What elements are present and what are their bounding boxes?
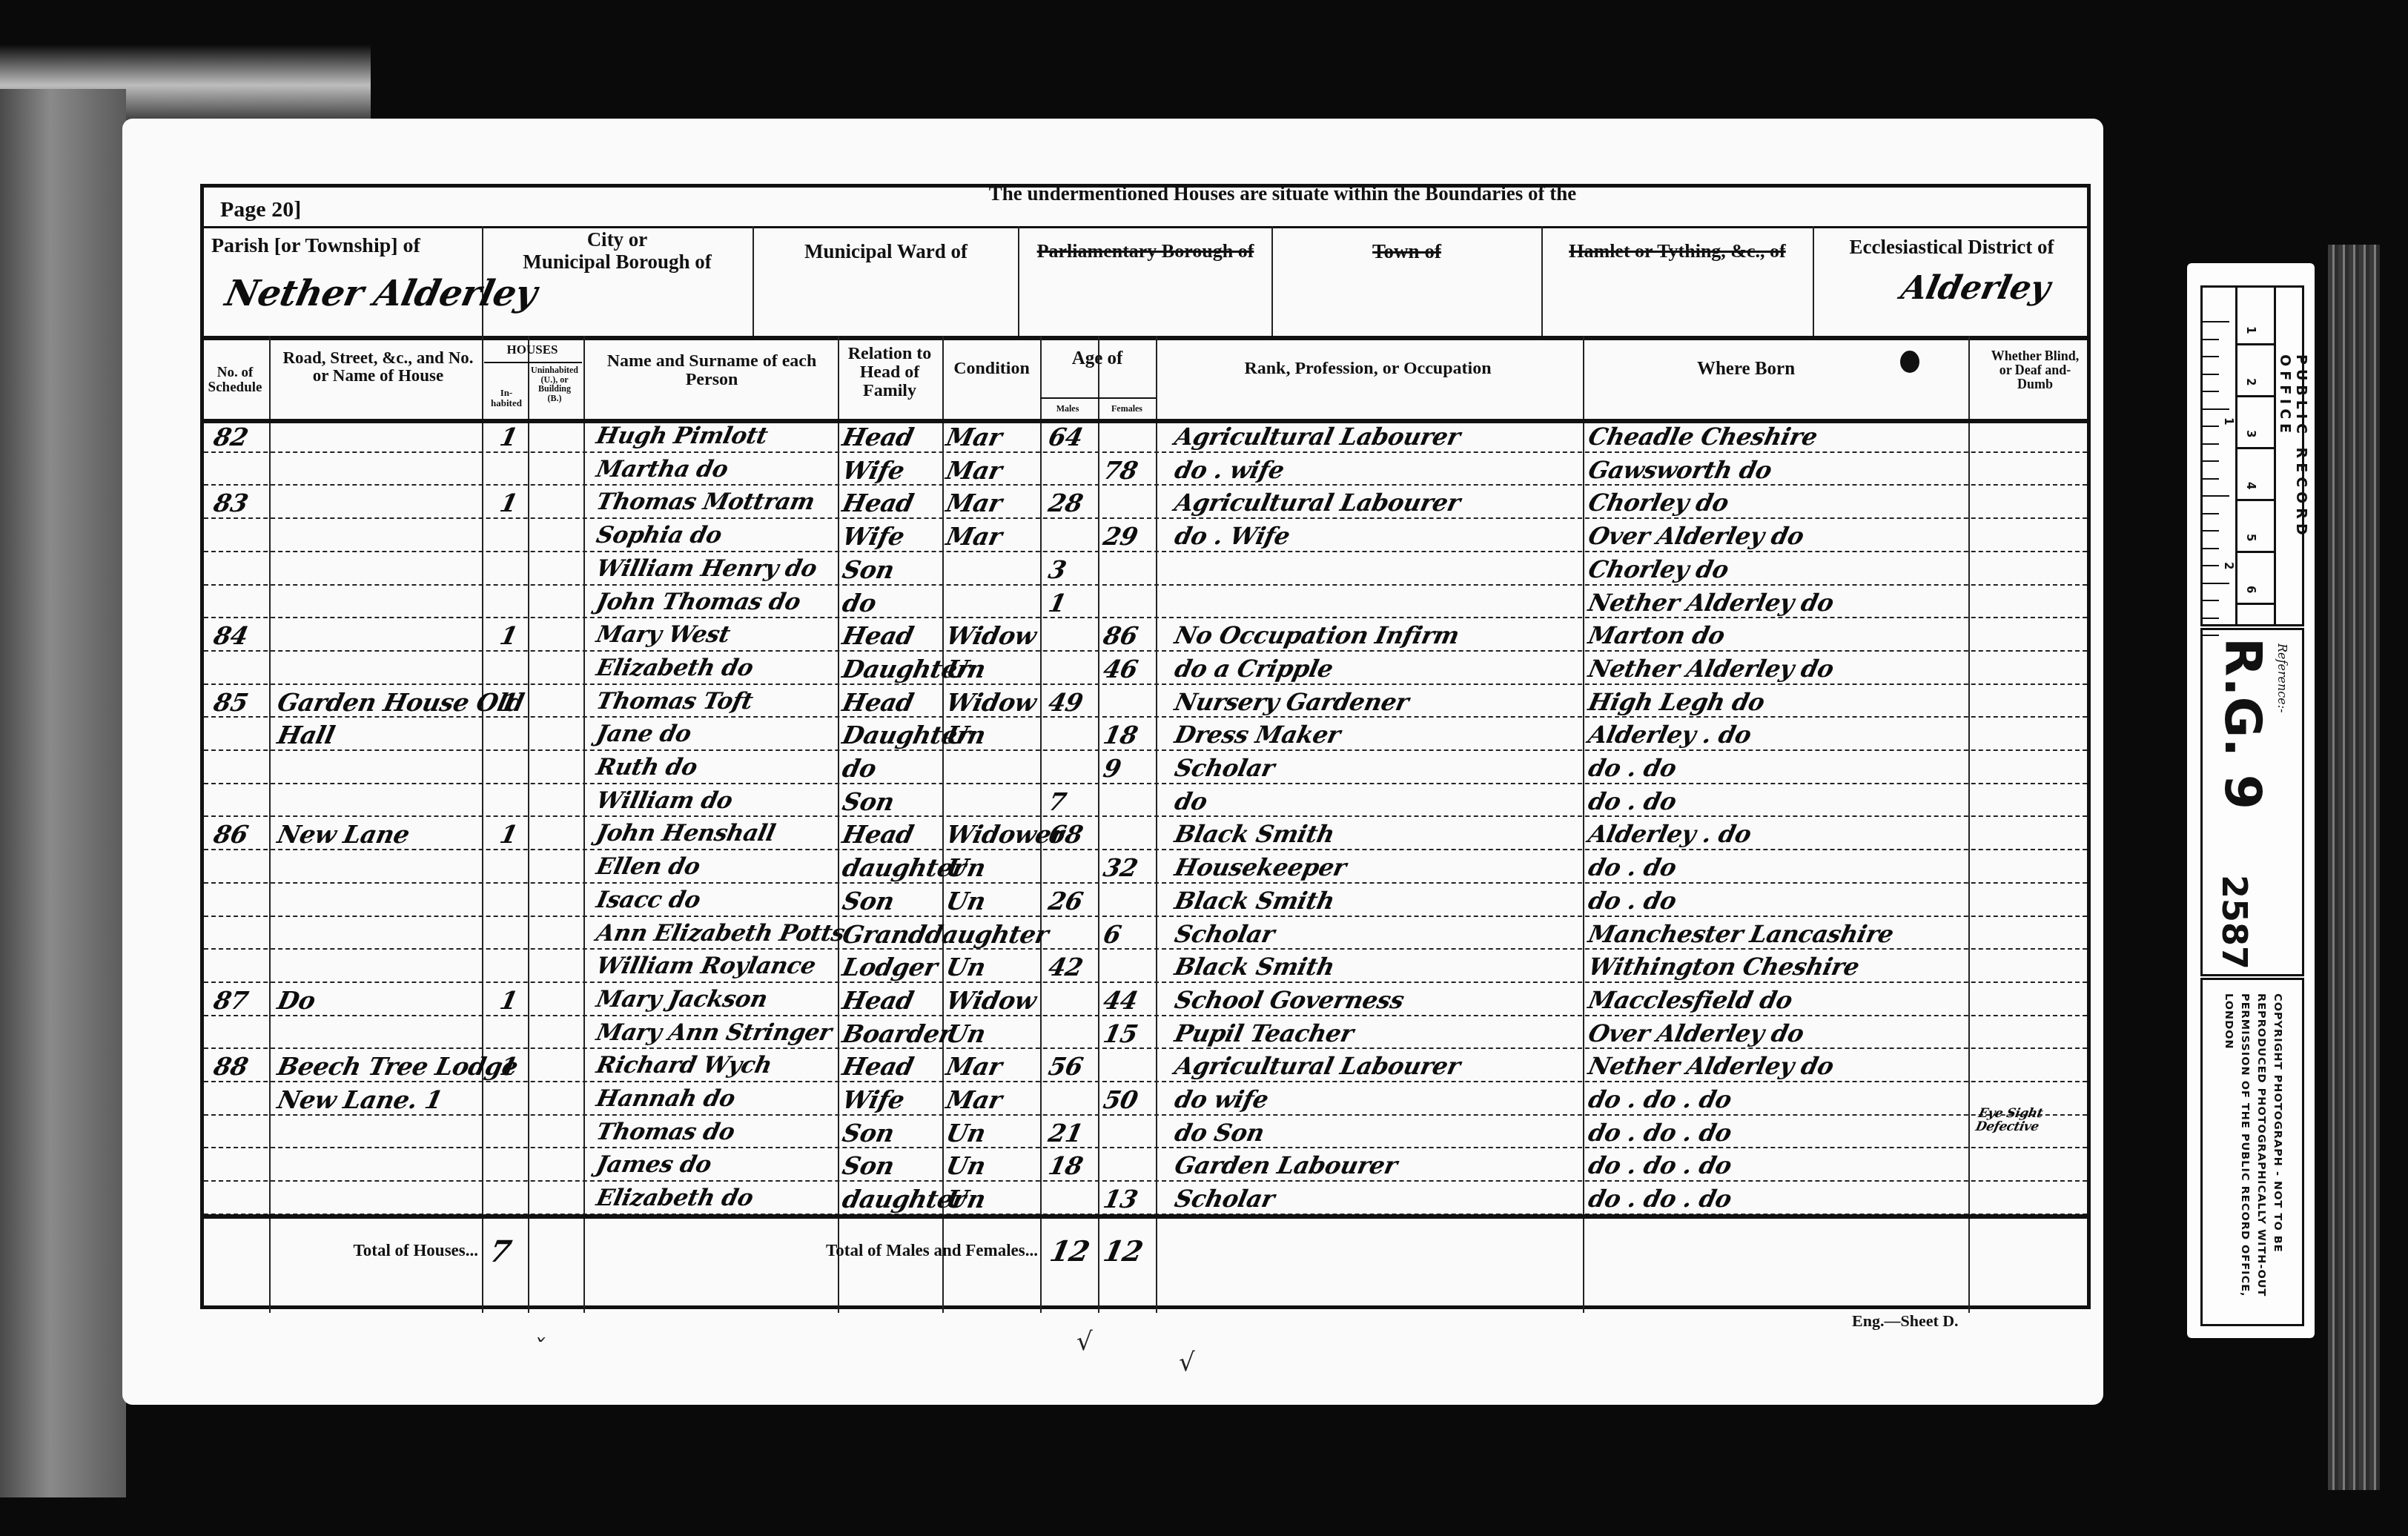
birthplace: Over Alderley do bbox=[1586, 1019, 1806, 1047]
person-name: Martha do bbox=[594, 456, 730, 483]
ruler-box bbox=[2235, 447, 2274, 449]
birthplace: do . do . do bbox=[1586, 1085, 1734, 1113]
relation: Lodger bbox=[840, 953, 940, 981]
total-females-value: 12 bbox=[1100, 1234, 1145, 1268]
relation: Wife bbox=[840, 522, 907, 551]
female-age: 46 bbox=[1101, 655, 1140, 683]
infirmity: Eye Sight Defective bbox=[1974, 1107, 2077, 1133]
female-age: 86 bbox=[1101, 621, 1140, 650]
male-age: 42 bbox=[1046, 953, 1085, 981]
column-divider bbox=[482, 336, 483, 1313]
male-age: 26 bbox=[1046, 887, 1085, 916]
ruler-cm-label: 5 bbox=[2244, 534, 2257, 541]
road-name: Garden House Old bbox=[275, 688, 526, 717]
check-mark: √ bbox=[1076, 1327, 1093, 1357]
occupation: Pupil Teacher bbox=[1172, 1019, 1356, 1047]
relation: Head bbox=[840, 423, 916, 451]
ruler-box bbox=[2235, 603, 2274, 605]
relation: Head bbox=[840, 1052, 916, 1081]
column-divider bbox=[1583, 336, 1584, 1313]
schedule-number: 85 bbox=[211, 688, 251, 717]
ruler-tick bbox=[2203, 548, 2219, 549]
condition: Widow bbox=[944, 986, 1039, 1015]
ruler-tick bbox=[2203, 600, 2219, 601]
condition: Mar bbox=[944, 1052, 1005, 1081]
person-name: Ellen do bbox=[594, 853, 702, 880]
birthplace: Cheadle Cheshire bbox=[1586, 423, 1820, 451]
schedule-number: 84 bbox=[211, 621, 251, 650]
column-divider bbox=[1156, 336, 1157, 1313]
birthplace: do . do . do bbox=[1586, 1185, 1734, 1213]
condition: Un bbox=[944, 887, 988, 916]
col-schedule: No. of Schedule bbox=[205, 365, 265, 395]
ruler-tick bbox=[2203, 618, 2219, 619]
person-name: Thomas Mottram bbox=[594, 489, 817, 515]
person-name: William Henry do bbox=[594, 555, 819, 582]
birthplace: Chorley do bbox=[1586, 489, 1731, 517]
person-name: Mary Jackson bbox=[594, 986, 770, 1013]
copyright-notice: COPYRIGHT PHOTOGRAPH - NOT TO BE REPRODU… bbox=[2220, 993, 2286, 1305]
row-rule bbox=[204, 683, 2087, 685]
reference-box: Reference:- R.G. 9 2587 bbox=[2200, 628, 2304, 976]
female-age: 32 bbox=[1101, 853, 1140, 882]
ruler-box bbox=[2235, 343, 2274, 345]
ruler-cm-label: 6 bbox=[2244, 586, 2257, 593]
person-name: Richard Wych bbox=[594, 1052, 774, 1079]
census-form: Page 20] The undermentioned Houses are s… bbox=[200, 184, 2091, 1309]
birthplace: do . do . do bbox=[1586, 1119, 1734, 1147]
occupation: Black Smith bbox=[1172, 887, 1337, 915]
birthplace: Macclesfield do bbox=[1586, 986, 1795, 1014]
person-name: Thomas do bbox=[594, 1119, 737, 1145]
ruler-inch-label: 1 bbox=[2222, 417, 2235, 425]
female-age: 44 bbox=[1101, 986, 1140, 1015]
row-rule bbox=[204, 916, 2087, 917]
condition: Un bbox=[944, 1151, 988, 1180]
col-road: Road, Street, &c., and No. or Name of Ho… bbox=[274, 349, 482, 385]
col-blind: Whether Blind, or Deaf and-Dumb bbox=[1983, 349, 2087, 391]
relation: do bbox=[840, 589, 879, 618]
condition: Un bbox=[944, 953, 988, 981]
relation: Son bbox=[840, 1119, 897, 1148]
hamlet-label: Hamlet or Tything, &c., of bbox=[1546, 241, 1809, 261]
sheet-label: Eng.—Sheet D. bbox=[1852, 1312, 1959, 1329]
condition: Mar bbox=[944, 1085, 1005, 1114]
occupation: Garden Labourer bbox=[1172, 1151, 1400, 1179]
ruler-tick bbox=[2203, 478, 2219, 480]
relation: Head bbox=[840, 820, 916, 849]
occupation: Agricultural Labourer bbox=[1172, 1052, 1463, 1080]
male-age: 21 bbox=[1046, 1119, 1085, 1148]
page-label: Page 20] bbox=[220, 198, 301, 222]
inhabited-count: 1 bbox=[497, 489, 520, 517]
occupation: Dress Maker bbox=[1172, 721, 1343, 749]
scan-shadow-left bbox=[0, 89, 126, 1497]
divider bbox=[1040, 397, 1156, 399]
col-name: Name and Surname of each Person bbox=[589, 352, 834, 389]
road-name: Beech Tree Lodge bbox=[275, 1052, 520, 1081]
relation: do bbox=[840, 754, 879, 783]
birthplace: Withington Cheshire bbox=[1586, 953, 1862, 981]
row-rule bbox=[204, 517, 2087, 519]
ruler-tick bbox=[2203, 426, 2219, 427]
row-rule bbox=[204, 783, 2087, 784]
row-rule bbox=[204, 815, 2087, 817]
condition: Mar bbox=[944, 456, 1005, 485]
col-age: Age of bbox=[1042, 349, 1153, 368]
occupation: School Governess bbox=[1172, 986, 1406, 1014]
col-males: Males bbox=[1042, 404, 1094, 414]
person-name: Mary West bbox=[594, 621, 732, 648]
birthplace: High Legh do bbox=[1586, 688, 1767, 716]
relation: Son bbox=[840, 887, 897, 916]
relation: Son bbox=[840, 787, 897, 816]
row-rule bbox=[204, 948, 2087, 950]
schedule-number: 87 bbox=[211, 986, 251, 1015]
col-inhabited: In-habited bbox=[486, 388, 527, 408]
col-houses: HOUSES bbox=[484, 343, 580, 357]
birthplace: Manchester Lancashire bbox=[1586, 920, 1896, 948]
row-rule bbox=[204, 849, 2087, 850]
birthplace: Marton do bbox=[1586, 621, 1727, 649]
row-rule bbox=[204, 749, 2087, 751]
birthplace: Chorley do bbox=[1586, 555, 1731, 583]
male-age: 56 bbox=[1046, 1052, 1085, 1081]
ecclesiastical-value: Alderley bbox=[1898, 269, 2054, 307]
reference-card: PUBLIC RECORD OFFICE 12345612 Reference:… bbox=[2187, 263, 2315, 1338]
total-males-value: 12 bbox=[1047, 1234, 1092, 1268]
person-name: Hannah do bbox=[594, 1085, 737, 1112]
column-divider bbox=[528, 336, 529, 1313]
birthplace: Alderley . do bbox=[1586, 820, 1753, 848]
relation: Head bbox=[840, 986, 916, 1015]
birthplace: Nether Alderley do bbox=[1586, 1052, 1836, 1080]
divider bbox=[204, 1214, 2087, 1219]
ruler-tick bbox=[2203, 513, 2219, 514]
check-mark: ˇ bbox=[532, 1334, 545, 1364]
divider bbox=[204, 226, 2087, 228]
occupation: Nursery Gardener bbox=[1172, 688, 1412, 716]
condition: Un bbox=[944, 1019, 988, 1048]
occupation: do Son bbox=[1172, 1119, 1267, 1147]
ruler-tick bbox=[2203, 391, 2219, 392]
copyright-box: COPYRIGHT PHOTOGRAPH - NOT TO BE REPRODU… bbox=[2200, 978, 2304, 1326]
occupation: Black Smith bbox=[1172, 953, 1337, 981]
occupation: Scholar bbox=[1172, 920, 1277, 948]
relation: Head bbox=[840, 621, 916, 650]
row-rule bbox=[204, 1114, 2087, 1116]
column-divider bbox=[583, 336, 585, 1313]
divider bbox=[1541, 226, 1543, 337]
female-age: 78 bbox=[1101, 456, 1140, 485]
male-age: 64 bbox=[1046, 423, 1085, 451]
birthplace: Over Alderley do bbox=[1586, 522, 1806, 550]
schedule-number: 83 bbox=[211, 489, 251, 517]
occupation: Agricultural Labourer bbox=[1172, 423, 1463, 451]
divider bbox=[1813, 226, 1814, 337]
column-divider bbox=[269, 336, 271, 1313]
road-name: Hall bbox=[275, 721, 337, 749]
condition: Un bbox=[944, 655, 988, 683]
row-rule bbox=[204, 617, 2087, 618]
female-age: 13 bbox=[1101, 1185, 1140, 1214]
total-houses-label: Total of Houses... bbox=[300, 1242, 478, 1259]
occupation: do . Wife bbox=[1172, 522, 1292, 550]
piece-number: 2587 bbox=[2214, 875, 2255, 970]
ink-blot bbox=[1900, 351, 1919, 373]
ecclesiastical-label: Ecclesiastical District of bbox=[1816, 236, 2087, 257]
condition: Un bbox=[944, 721, 988, 749]
ruler-tick bbox=[2203, 443, 2219, 445]
birthplace: Nether Alderley do bbox=[1586, 655, 1836, 683]
birthplace: do . do bbox=[1586, 887, 1678, 915]
column-divider bbox=[1968, 336, 1970, 1313]
ruler-tick bbox=[2203, 374, 2219, 375]
divider bbox=[484, 362, 582, 363]
relation: Wife bbox=[840, 1085, 907, 1114]
person-name: Ann Elizabeth Potts bbox=[594, 920, 847, 947]
person-name: Mary Ann Stringer bbox=[594, 1019, 834, 1046]
male-age: 7 bbox=[1046, 787, 1069, 816]
birthplace: Alderley . do bbox=[1586, 721, 1753, 749]
ruler-box bbox=[2235, 395, 2274, 397]
relation: Head bbox=[840, 688, 916, 717]
occupation: do . wife bbox=[1172, 456, 1287, 484]
row-rule bbox=[204, 584, 2087, 586]
ruler-tick bbox=[2203, 408, 2229, 410]
row-rule bbox=[204, 650, 2087, 652]
row-rule bbox=[204, 882, 2087, 884]
row-rule bbox=[204, 451, 2087, 453]
ruler-box bbox=[2235, 551, 2274, 553]
parish-value: Nether Alderley bbox=[222, 273, 540, 314]
relation: Granddaughter bbox=[840, 920, 1051, 949]
total-houses-value: 7 bbox=[486, 1234, 514, 1269]
occupation: Agricultural Labourer bbox=[1172, 489, 1463, 517]
col-occupation: Rank, Profession, or Occupation bbox=[1160, 360, 1575, 378]
person-name: John Henshall bbox=[594, 820, 778, 847]
occupation: Scholar bbox=[1172, 1185, 1277, 1213]
ruler-tick bbox=[2203, 530, 2219, 532]
person-name: Ruth do bbox=[594, 754, 699, 781]
row-rule bbox=[204, 1147, 2087, 1148]
relation: Wife bbox=[840, 456, 907, 485]
road-name: New Lane bbox=[275, 820, 412, 849]
female-age: 15 bbox=[1101, 1019, 1140, 1048]
person-name: Isacc do bbox=[594, 887, 703, 913]
row-rule bbox=[204, 1015, 2087, 1016]
inhabited-count: 1 bbox=[497, 423, 520, 451]
ruler-tick bbox=[2203, 356, 2219, 357]
condition: Un bbox=[944, 1119, 988, 1148]
check-mark: √ bbox=[1179, 1348, 1195, 1377]
female-age: 29 bbox=[1101, 522, 1140, 551]
ruler-box bbox=[2235, 499, 2274, 501]
occupation: Scholar bbox=[1172, 754, 1277, 782]
female-age: 50 bbox=[1101, 1085, 1140, 1114]
male-age: 28 bbox=[1046, 489, 1085, 517]
row-rule bbox=[204, 484, 2087, 486]
birthplace: do . do . do bbox=[1586, 1151, 1734, 1179]
condition: Mar bbox=[944, 489, 1005, 517]
person-name: Elizabeth do bbox=[594, 655, 755, 681]
column-divider bbox=[838, 336, 839, 1313]
parish-label: Parish [or Township] of bbox=[211, 235, 478, 256]
male-age: 3 bbox=[1046, 555, 1069, 584]
row-rule bbox=[204, 1047, 2087, 1049]
birthplace: do . do bbox=[1586, 787, 1678, 815]
birthplace: do . do bbox=[1586, 754, 1678, 782]
scan-shadow-right bbox=[2328, 245, 2380, 1490]
col-females: Females bbox=[1098, 404, 1156, 414]
road-name: Do bbox=[275, 986, 318, 1015]
person-name: Jane do bbox=[594, 721, 693, 747]
occupation: do bbox=[1172, 787, 1210, 815]
series-label: R.G. 9 bbox=[2213, 638, 2272, 810]
occupation: Housekeeper bbox=[1172, 853, 1349, 881]
male-age: 49 bbox=[1046, 688, 1085, 717]
condition: Un bbox=[944, 1185, 988, 1214]
condition: Widow bbox=[944, 688, 1039, 717]
male-age: 1 bbox=[1046, 589, 1069, 618]
ruler-tick bbox=[2203, 583, 2229, 584]
ruler-tick bbox=[2203, 460, 2219, 462]
inhabited-count: 1 bbox=[497, 621, 520, 650]
birthplace: Gawsworth do bbox=[1586, 456, 1774, 484]
ruler-cm-label: 4 bbox=[2244, 482, 2257, 489]
condition: Mar bbox=[944, 423, 1005, 451]
schedule-number: 86 bbox=[211, 820, 251, 849]
boundary-heading: The undermentioned Houses are situate wi… bbox=[856, 183, 1709, 204]
parliamentary-label: Parliamentary Borough of bbox=[1019, 241, 1271, 261]
ruler-cm-label: 3 bbox=[2244, 430, 2257, 437]
female-age: 6 bbox=[1101, 920, 1124, 949]
birthplace: Nether Alderley do bbox=[1586, 589, 1836, 617]
ruler-tick bbox=[2203, 321, 2229, 322]
male-age: 68 bbox=[1046, 820, 1085, 849]
divider bbox=[204, 336, 2087, 340]
relation: Head bbox=[840, 489, 916, 517]
office-label: PUBLIC RECORD OFFICE bbox=[2277, 354, 2309, 624]
person-name: Elizabeth do bbox=[594, 1185, 755, 1211]
relation: Son bbox=[840, 555, 897, 584]
ruler-cm-label: 1 bbox=[2244, 326, 2257, 334]
relation: Boarder bbox=[840, 1019, 955, 1048]
schedule-number: 82 bbox=[211, 423, 251, 451]
ruler-tick bbox=[2203, 565, 2219, 566]
col-uninhabited: Uninhabited (U.), or Building (B.) bbox=[530, 365, 579, 403]
schedule-number: 88 bbox=[211, 1052, 251, 1081]
row-rule bbox=[204, 1081, 2087, 1082]
male-age: 18 bbox=[1046, 1151, 1085, 1180]
row-rule bbox=[204, 981, 2087, 983]
inhabited-count: 1 bbox=[497, 820, 520, 849]
divider bbox=[752, 226, 754, 337]
column-divider bbox=[1098, 336, 1099, 1313]
inhabited-count: 1 bbox=[497, 986, 520, 1015]
occupation: Black Smith bbox=[1172, 820, 1337, 848]
person-name: William Roylance bbox=[594, 953, 818, 979]
condition: Widow bbox=[944, 621, 1039, 650]
person-name: Sophia do bbox=[594, 522, 724, 549]
divider bbox=[1271, 226, 1273, 337]
relation: Son bbox=[840, 1151, 897, 1180]
row-rule bbox=[204, 716, 2087, 718]
col-relation: Relation to Head of Family bbox=[841, 345, 938, 401]
ruler-inch-label: 2 bbox=[2222, 562, 2235, 569]
reference-label: Reference:- bbox=[2275, 643, 2289, 713]
condition: Mar bbox=[944, 522, 1005, 551]
ruler-cm-label: 2 bbox=[2244, 378, 2257, 385]
occupation: do a Cripple bbox=[1172, 655, 1336, 683]
ward-label: Municipal Ward of bbox=[756, 241, 1016, 262]
row-rule bbox=[204, 551, 2087, 552]
scale-ruler: PUBLIC RECORD OFFICE 12345612 bbox=[2200, 285, 2304, 626]
ruler-tick bbox=[2203, 495, 2229, 497]
condition: Un bbox=[944, 853, 988, 882]
ruler-tick bbox=[2203, 339, 2219, 340]
total-persons-label: Total of Males and Females... bbox=[782, 1242, 1038, 1259]
city-label-2: Municipal Borough of bbox=[486, 251, 749, 272]
birthplace: do . do bbox=[1586, 853, 1678, 881]
occupation: do wife bbox=[1172, 1085, 1271, 1113]
person-name: William do bbox=[594, 787, 735, 814]
road-name: New Lane. 1 bbox=[275, 1085, 445, 1114]
person-name: John Thomas do bbox=[594, 589, 803, 615]
row-rule bbox=[204, 1180, 2087, 1182]
female-age: 18 bbox=[1101, 721, 1140, 749]
occupation: No Occupation Infirm bbox=[1172, 621, 1462, 649]
person-name: Thomas Toft bbox=[594, 688, 755, 715]
person-name: Hugh Pimlott bbox=[594, 423, 770, 449]
col-condition: Condition bbox=[945, 360, 1038, 378]
female-age: 9 bbox=[1101, 754, 1124, 783]
person-name: James do bbox=[594, 1151, 714, 1178]
col-where-born: Where Born bbox=[1583, 360, 1909, 379]
town-label: Town of bbox=[1275, 241, 1538, 262]
city-label-1: City or bbox=[486, 229, 749, 250]
